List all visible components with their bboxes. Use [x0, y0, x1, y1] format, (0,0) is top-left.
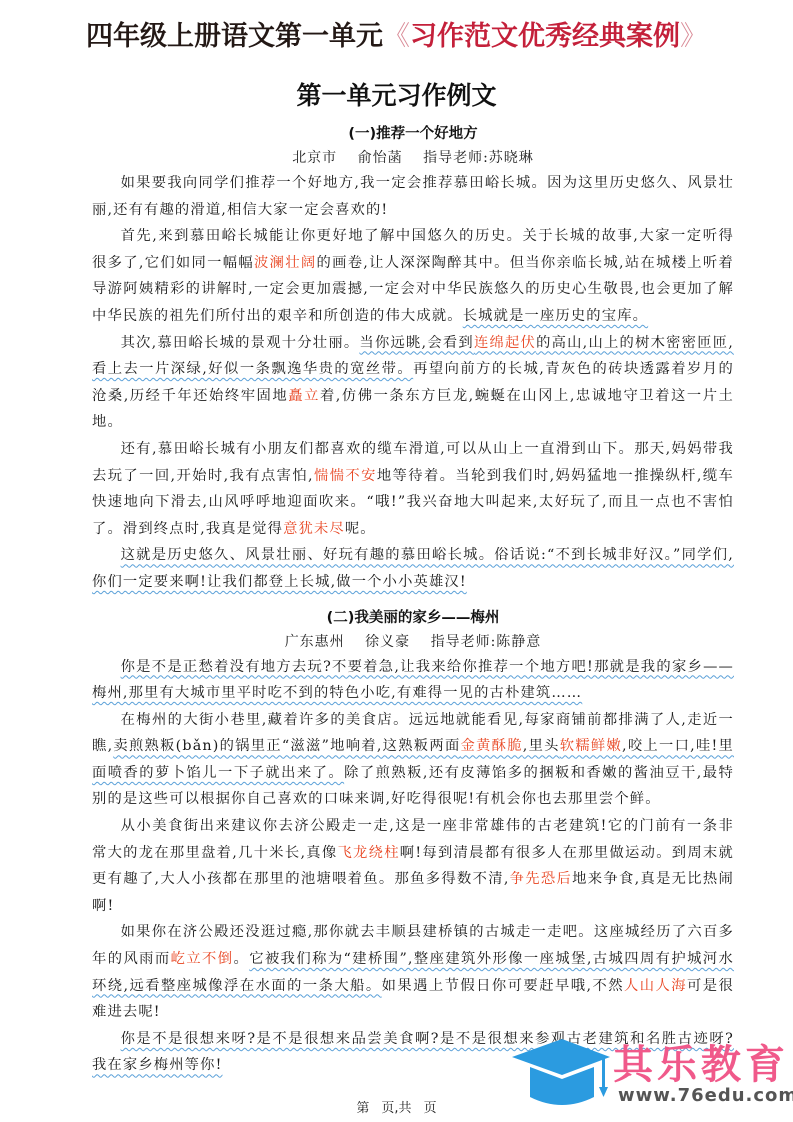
essay-paragraph: 其次,慕田峪长城的景观十分壮丽。当你远眺,会看到连绵起伏的高山,山上的树木密密匝… [92, 330, 734, 436]
header-title-main: 四年级上册语文第一单元 [86, 21, 383, 52]
footer-page-prefix: 第 [356, 1101, 369, 1116]
highlighted-phrase: 软糯鲜嫩 [560, 738, 622, 754]
footer-page-suffix: 页 [424, 1101, 437, 1116]
section-gap [92, 596, 734, 606]
page-footer: 第页,共页 [0, 1097, 793, 1116]
highlighted-phrase: 人山人海 [624, 978, 687, 994]
page-subtitle: 第一单元习作例文 [0, 76, 793, 112]
text-run: 。 [234, 951, 250, 967]
highlighted-phrase: 矗立 [288, 388, 320, 404]
essay-paragraphs: 如果要我向同学们推荐一个好地方,我一定会推荐慕田峪长城。因为这里历史悠久、风景壮… [92, 170, 734, 596]
essay-2: (二)我美丽的家乡——梅州 广东惠州 徐义豪 指导老师:陈静意 你是不是正愁着没… [92, 606, 734, 1080]
underlined-sentence: 这就是历史悠久、风景壮丽、好玩有趣的慕田峪长城。俗话说:“不到长城非好汉。”同学… [92, 547, 734, 590]
text-run: 其次,慕田峪长城的景观十分壮丽。 [121, 335, 360, 351]
header-title-highlight: 习作范文优秀经典案例 [410, 21, 680, 52]
essay-paragraph: 在梅州的大街小巷里,藏着许多的美食店。远远地就能看见,每家商铺前都排满了人,走近… [92, 707, 734, 813]
text-run: 如果要我向同学们推荐一个好地方,我一定会推荐慕田峪长城。因为这里历史悠久、风景壮… [92, 175, 734, 218]
essay-byline: 广东惠州 徐义豪 指导老师:陈静意 [92, 630, 734, 654]
essay-title: (二)我美丽的家乡——梅州 [92, 606, 734, 630]
essay-paragraph: 你是不是正愁着没有地方去玩?不要着急,让我来给你推荐一个地方吧!那就是我的家乡—… [92, 654, 734, 707]
highlighted-phrase: 争先恐后 [510, 871, 573, 887]
underlined-sentence: 卖煎熟粄(bǎn)的锅里正“滋滋”地响着,这熟粄两面 [113, 738, 460, 754]
header-bracket-close: 》 [680, 21, 707, 52]
essay-1: (一)推荐一个好地方 北京市 俞怡菡 指导老师:苏晓琳 如果要我向同学们推荐一个… [92, 122, 734, 596]
essay-paragraph: 从小美食街出来建议你去济公殿走一走,这是一座非常雄伟的古老建筑!它的门前有一条非… [92, 813, 734, 919]
highlighted-phrase: 意犹未尽 [283, 521, 345, 537]
highlighted-phrase: 惴惴不安 [314, 468, 377, 484]
underlined-sentence: 长城就是一座历史的宝库。 [463, 308, 648, 324]
underlined-sentence: 当你远眺,会看到 [359, 335, 474, 351]
highlighted-phrase: 金黄酥脆 [461, 738, 523, 754]
essay-paragraph: 如果你在济公殿还没逛过瘾,那你就去丰顺县建桥镇的古城走一走吧。这座城经历了六百多… [92, 919, 734, 1025]
highlighted-phrase: 飞龙绕柱 [337, 845, 399, 861]
footer-page-mid: 页,共 [381, 1101, 411, 1116]
document-body: (一)推荐一个好地方 北京市 俞怡菡 指导老师:苏晓琳 如果要我向同学们推荐一个… [92, 122, 734, 1079]
essay-paragraph: 如果要我向同学们推荐一个好地方,我一定会推荐慕田峪长城。因为这里历史悠久、风景壮… [92, 170, 734, 223]
highlighted-phrase: 连绵起伏 [474, 335, 536, 351]
underlined-sentence: ,里头 [523, 738, 560, 754]
essay-paragraph: 还有,慕田峪长城有小朋友们都喜欢的缆车滑道,可以从山上一直滑到山下。那天,妈妈带… [92, 436, 734, 542]
highlighted-phrase: 波澜壮阔 [254, 255, 316, 271]
essay-paragraph: 这就是历史悠久、风景壮丽、好玩有趣的慕田峪长城。俗话说:“不到长城非好汉。”同学… [92, 542, 734, 595]
essay-paragraphs: 你是不是正愁着没有地方去玩?不要着急,让我来给你推荐一个地方吧!那就是我的家乡—… [92, 654, 734, 1080]
essay-title: (一)推荐一个好地方 [92, 122, 734, 146]
document-header: 四年级上册语文第一单元《习作范文优秀经典案例》 [0, 14, 793, 53]
header-bracket-open: 《 [383, 21, 410, 52]
essay-paragraph: 首先,来到慕田峪长城能让你更好地了解中国悠久的历史。关于长城的故事,大家一定听得… [92, 223, 734, 329]
highlighted-phrase: 屹立不倒 [171, 951, 234, 967]
logo-brand-name: 其乐教育 [613, 1033, 789, 1090]
text-run: 如果遇上节假日你可要赶早哦,不然 [382, 978, 624, 994]
underlined-sentence: 你是不是正愁着没有地方去玩?不要着急,让我来给你推荐一个地方吧!那就是我的家乡—… [92, 659, 734, 702]
text-run: 呢。 [345, 521, 376, 537]
essay-byline: 北京市 俞怡菡 指导老师:苏晓琳 [92, 146, 734, 170]
